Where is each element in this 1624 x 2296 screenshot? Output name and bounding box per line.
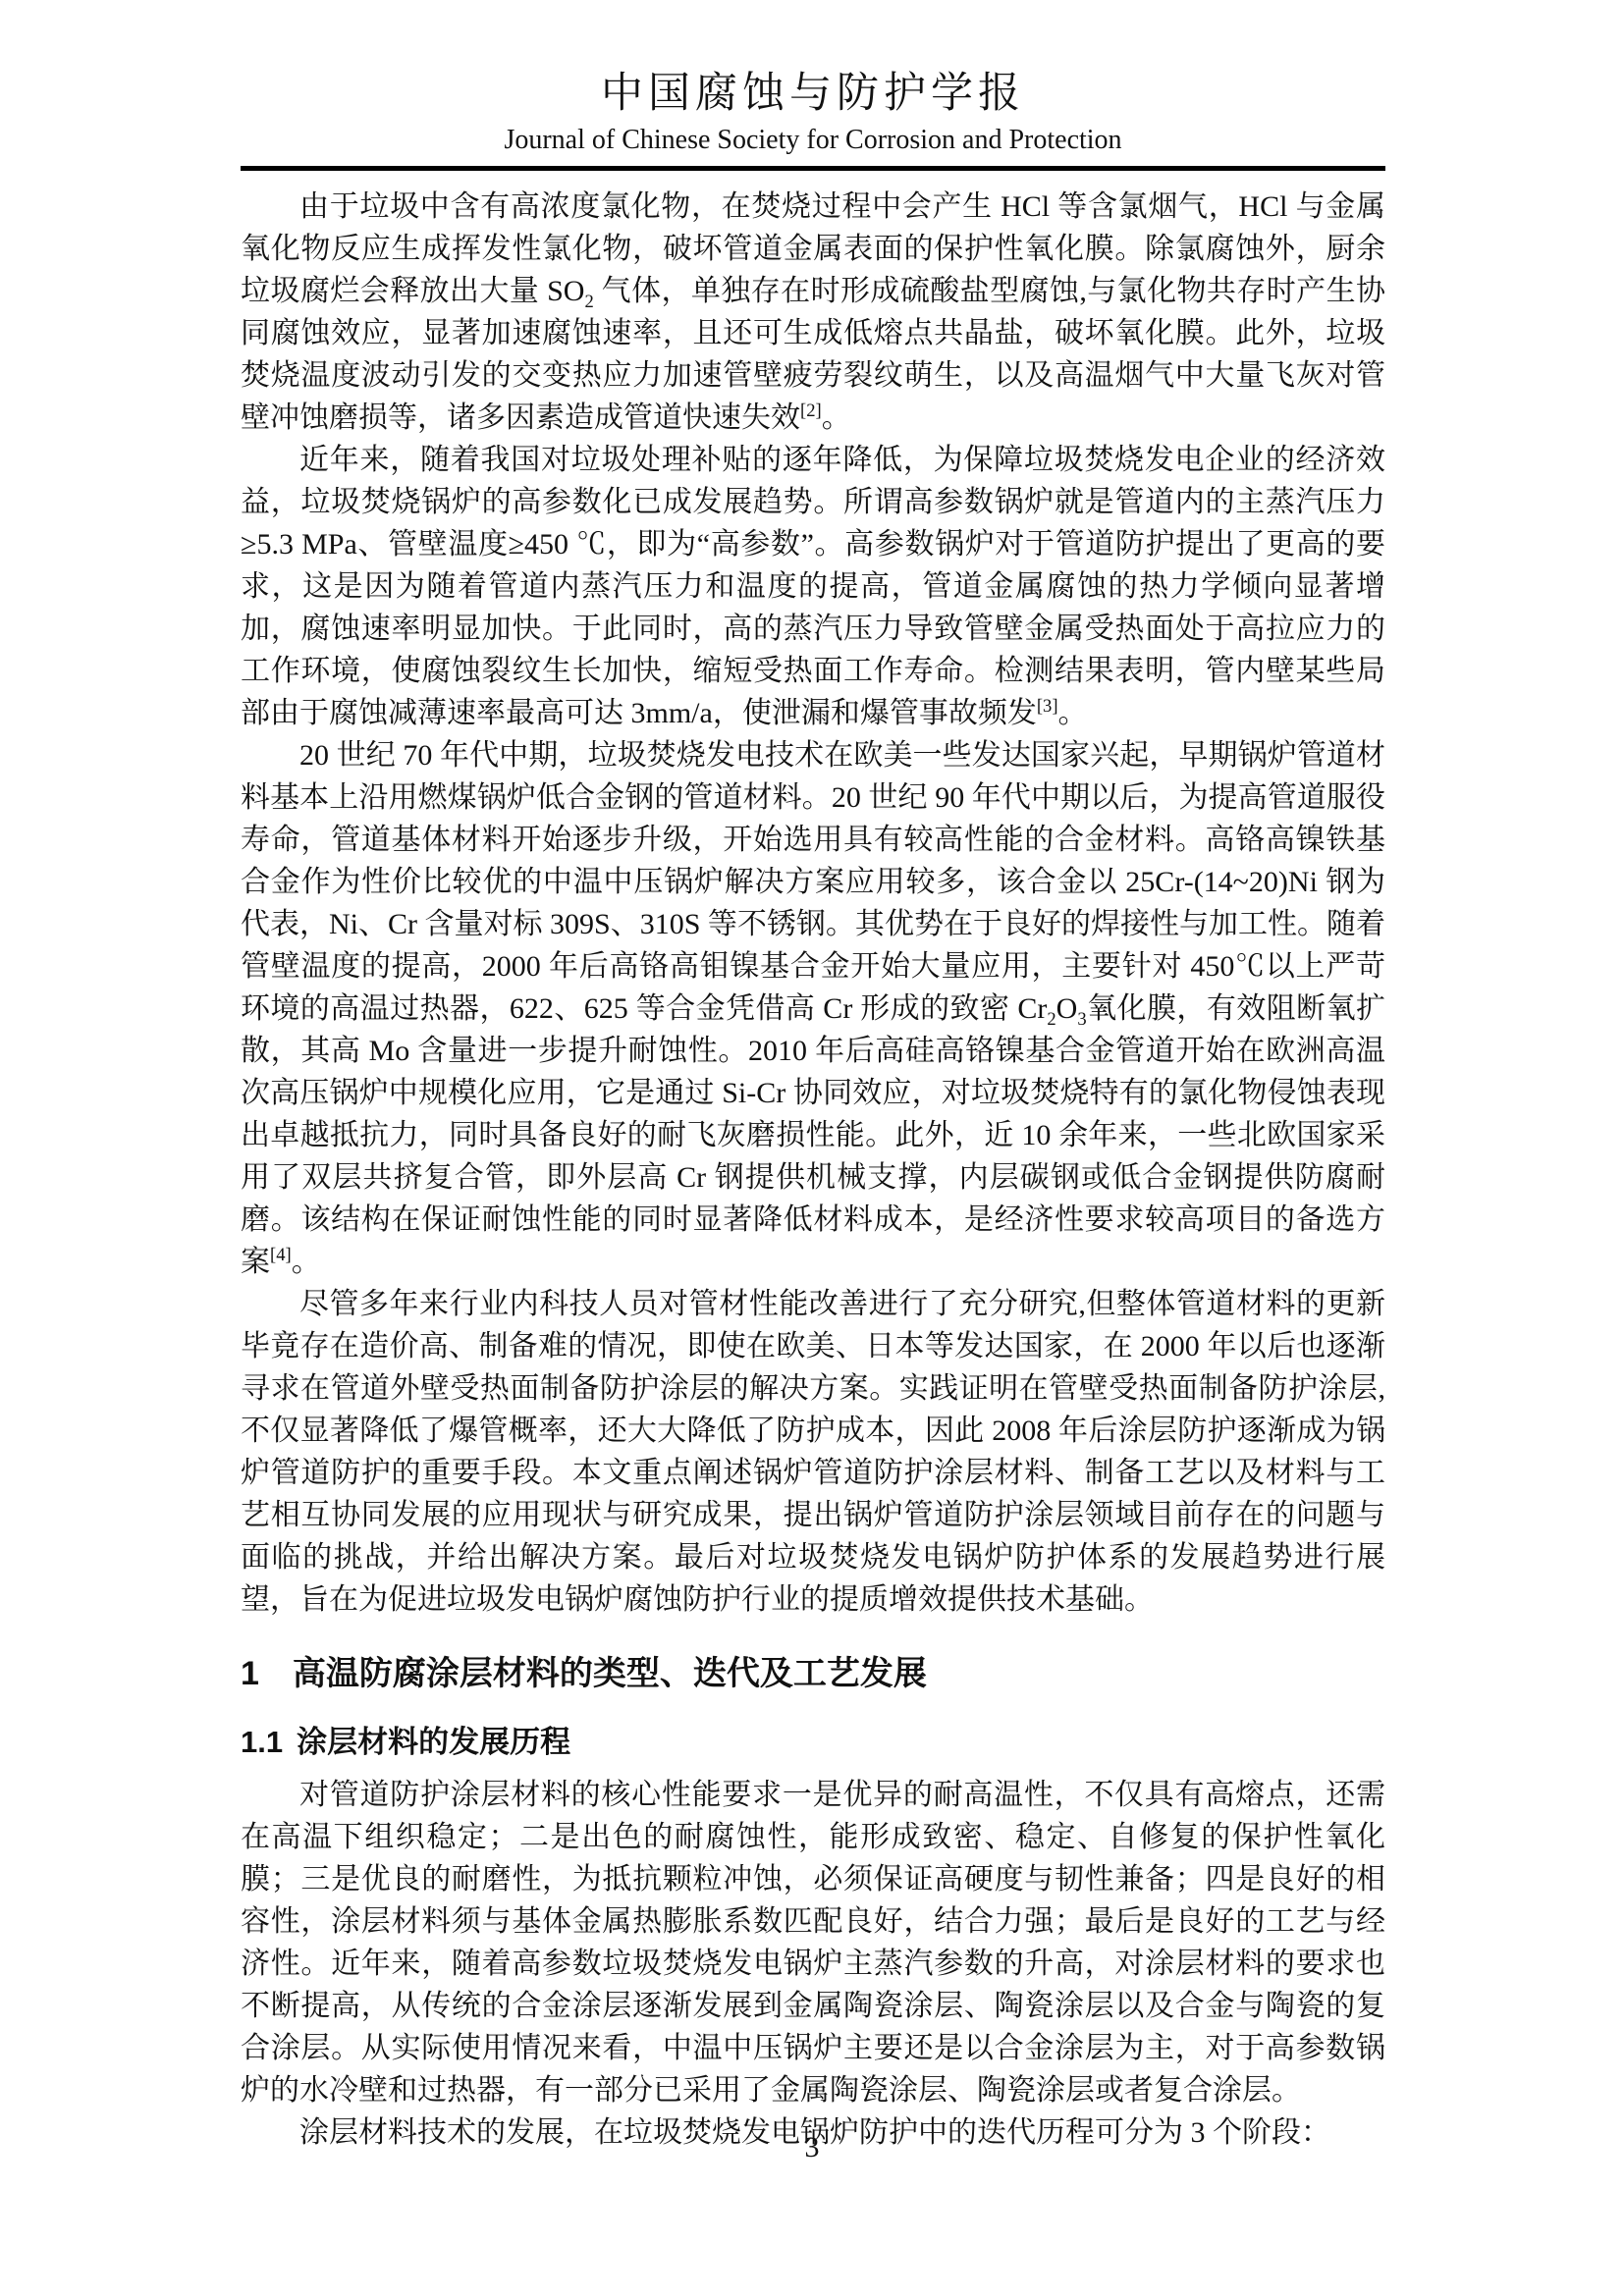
journal-header: 中国腐蚀与防护学报 Journal of Chinese Society for… — [241, 0, 1385, 171]
paragraph: 对管道防护涂层材料的核心性能要求一是优异的耐高温性，不仅具有高熔点，还需在高温下… — [241, 1774, 1385, 2111]
paragraph: 近年来，随着我国对垃圾处理补贴的逐年降低，为保障垃圾焚烧发电企业的经济效益，垃圾… — [241, 439, 1385, 734]
chemical-subscript: 3 — [1077, 1009, 1086, 1030]
journal-title-english: Journal of Chinese Society for Corrosion… — [241, 124, 1385, 157]
text-run: 近年来，随着我国对垃圾处理补贴的逐年降低，为保障垃圾焚烧发电企业的经济效益，垃圾… — [241, 444, 1385, 729]
text-run: 20 世纪 70 年代中期，垃圾焚烧发电技术在欧美一些发达国家兴起，早期锅炉管道… — [241, 739, 1385, 1025]
paragraph: 尽管多年来行业内科技人员对管材性能改善进行了充分研究,但整体管道材料的更新毕竟存… — [241, 1283, 1385, 1621]
text-run: 。 — [292, 1246, 321, 1278]
section-heading: 1高温防腐涂层材料的类型、迭代及工艺发展 — [241, 1650, 1385, 1697]
article-body: 由于垃圾中含有高浓度氯化物，在焚烧过程中会产生 HCl 等含氯烟气，HCl 与金… — [241, 186, 1385, 2154]
reference-superscript: [4] — [270, 1245, 292, 1265]
text-run: 氧化膜，有效阻断氧扩散，其高 Mo 含量进一步提升耐蚀性。2010 年后高硅高铬… — [241, 992, 1385, 1278]
paragraph: 20 世纪 70 年代中期，垃圾焚烧发电技术在欧美一些发达国家兴起，早期锅炉管道… — [241, 734, 1385, 1283]
heading-title: 高温防腐涂层材料的类型、迭代及工艺发展 — [293, 1655, 927, 1692]
text-run: 。 — [822, 401, 851, 434]
heading-title: 涂层材料的发展历程 — [297, 1725, 570, 1759]
heading-number: 1 — [241, 1655, 259, 1692]
journal-page: 中国腐蚀与防护学报 Journal of Chinese Society for… — [0, 0, 1624, 2296]
text-run: 对管道防护涂层材料的核心性能要求一是优异的耐高温性，不仅具有高熔点，还需在高温下… — [241, 1779, 1385, 2107]
text-run: 。 — [1058, 697, 1088, 729]
reference-superscript: [3] — [1037, 696, 1058, 717]
paragraph: 由于垃圾中含有高浓度氯化物，在焚烧过程中会产生 HCl 等含氯烟气，HCl 与金… — [241, 186, 1385, 439]
text-run: 尽管多年来行业内科技人员对管材性能改善进行了充分研究,但整体管道材料的更新毕竟存… — [241, 1288, 1385, 1616]
text-run: O — [1056, 992, 1078, 1025]
chemical-subscript: 2 — [1047, 1009, 1056, 1030]
heading-number: 1.1 — [241, 1725, 283, 1759]
page-content: 中国腐蚀与防护学报 Journal of Chinese Society for… — [241, 0, 1385, 2154]
subsection-heading: 1.1涂层材料的发展历程 — [241, 1721, 1385, 1764]
header-divider — [241, 166, 1385, 171]
journal-title-chinese: 中国腐蚀与防护学报 — [241, 69, 1385, 120]
chemical-subscript: 2 — [584, 292, 593, 312]
page-number: 3 — [0, 2128, 1624, 2167]
reference-superscript: [2] — [800, 400, 822, 421]
